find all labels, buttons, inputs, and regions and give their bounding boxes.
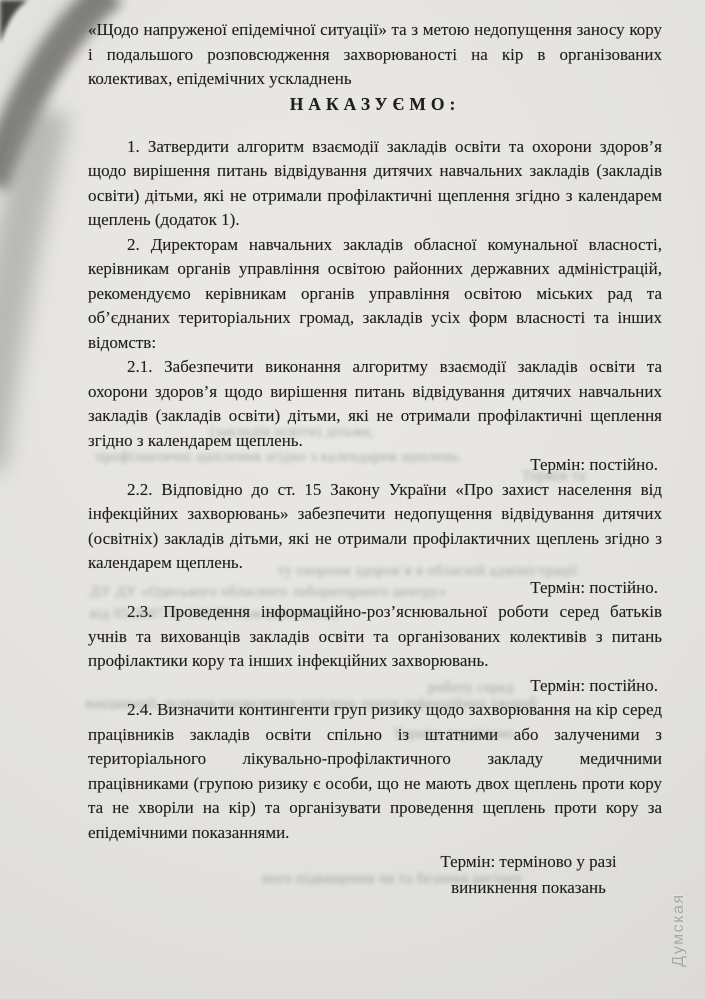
intro-clause: «Щодо напруженої епідемічної ситуації» т…	[88, 18, 662, 92]
fold-underpage	[0, 0, 100, 170]
document-page: (закладів освіти) дітьми, профілактичні …	[0, 0, 705, 999]
term-2-4: Термін: терміново у разі виникнення пока…	[421, 849, 636, 901]
paragraph-2: 2. Директорам навчальних закладів обласн…	[88, 233, 662, 356]
term-2-1: Термін: постійно.	[88, 453, 662, 478]
term-2-2: Термін: постійно.	[88, 576, 662, 601]
term-2-3: Термін: постійно.	[88, 674, 662, 699]
fold-dark-corner	[0, 0, 28, 44]
paragraph-1: 1. Затвердити алгоритм взаємодії закладі…	[88, 135, 662, 233]
order-heading: НАКАЗУЄМО:	[88, 92, 662, 117]
paragraph-2-2: 2.2. Відповідно до ст. 15 Закону України…	[88, 478, 662, 576]
term-2-4-line2: виникнення показань	[421, 875, 636, 901]
term-2-4-line1: Термін: терміново у разі	[421, 849, 636, 875]
paragraph-2-1: 2.1. Забезпечити виконання алгоритму вза…	[88, 355, 662, 453]
document-content: «Щодо напруженої епідемічної ситуації» т…	[88, 18, 662, 901]
paragraph-2-3: 2.3. Проведення інформаційно-роз’яснювал…	[88, 600, 662, 674]
watermark: Думская	[669, 875, 689, 985]
paragraph-2-4: 2.4. Визначити контингенти груп ризику щ…	[88, 698, 662, 845]
fold-shadow-tail	[0, 110, 48, 470]
